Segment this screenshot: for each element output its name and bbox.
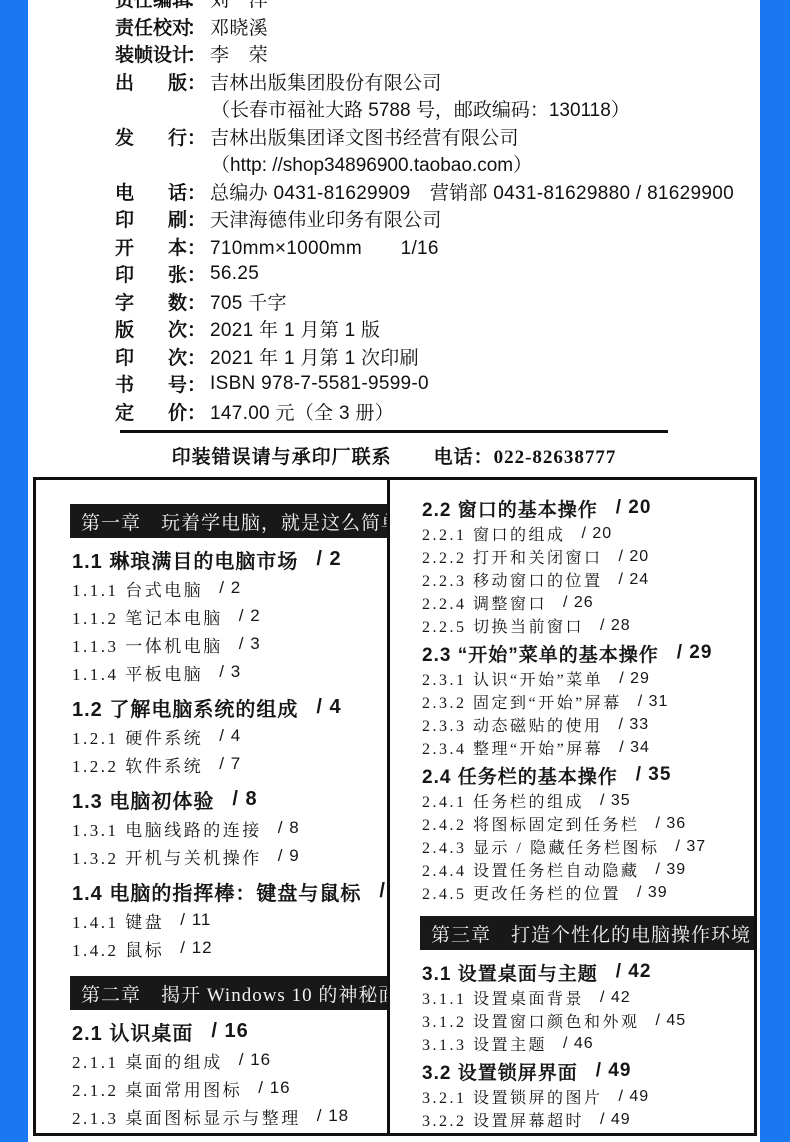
toc-page-number: / 33 — [619, 716, 650, 734]
toc-section-entry: 1.1 琳琅满目的电脑市场/ 2 — [72, 544, 381, 574]
colophon-label: 出版 — [115, 68, 187, 95]
toc-page-number: / 42 — [616, 961, 652, 983]
toc-entry-title: 1.1 琳琅满目的电脑市场 — [72, 545, 298, 574]
colophon-colon: ： — [187, 0, 206, 12]
toc-item-entry: 2.3.3 动态磁贴的使用/ 33 — [422, 713, 748, 736]
printer-contact-note: 印装错误请与承印厂联系电话：022-82638777 — [28, 442, 760, 469]
toc-item-entry: 1.3.1 电脑线路的连接/ 8 — [72, 814, 381, 842]
toc-page-number: / 49 — [600, 1111, 631, 1129]
toc-page-number: / 12 — [180, 938, 212, 958]
colophon-value: 邓晓溪 — [210, 13, 268, 40]
toc-item-entry: 3.1.3 设置主题/ 46 — [422, 1032, 748, 1055]
toc-entry-title: 3.2 设置锁屏界面 — [422, 1058, 578, 1085]
colophon-value: 710mm×1000mm 1/16 — [210, 233, 439, 260]
toc-entry-title: 1.3.1 电脑线路的连接 — [72, 816, 262, 841]
toc-item-entry: 1.2.2 软件系统/ 7 — [72, 750, 381, 778]
colophon-value: 705 千字 — [210, 288, 287, 315]
toc-section-entry: 2.1 认识桌面/ 16 — [72, 1016, 381, 1046]
toc-page-number: / 24 — [619, 571, 650, 589]
toc-entry-title: 1.1.1 台式电脑 — [72, 576, 203, 601]
toc-item-entry: 2.1.3 桌面图标显示与整理/ 18 — [72, 1102, 381, 1130]
toc-page-number: / 16 — [211, 1020, 248, 1043]
colophon-row: 版次：2021 年 1 月第 1 版 — [115, 315, 760, 343]
toc-entry-title: 2.4.2 将图标固定到任务栏 — [422, 812, 640, 835]
chapter-header-bar: 第三章 打造个性化的电脑操作环境 — [420, 916, 754, 950]
toc-page-number: / 39 — [637, 884, 668, 902]
colophon-value: 吉林出版集团股份有限公司 — [210, 68, 442, 95]
colophon-value: 2021 年 1 月第 1 次印刷 — [210, 343, 419, 370]
toc-item-entry: 1.1.3 一体机电脑/ 3 — [72, 630, 381, 658]
toc-item-entry: 1.4.1 键盘/ 11 — [72, 906, 381, 934]
toc-entry-title: 2.3.3 动态磁贴的使用 — [422, 713, 603, 736]
colophon-value: 56.25 — [210, 263, 259, 285]
colophon-label: 版次 — [115, 315, 187, 342]
toc-page-number: / 34 — [619, 739, 650, 757]
toc-entry-title: 2.1.3 桌面图标显示与整理 — [72, 1104, 301, 1129]
toc-page-number: / 4 — [219, 726, 241, 746]
colophon-label: 定价 — [115, 398, 187, 425]
toc-entry-title: 3.2.1 设置锁屏的图片 — [422, 1085, 603, 1108]
toc-page-number: / 4 — [316, 696, 341, 719]
toc-entry-title: 2.3.4 整理“开始”屏幕 — [422, 736, 603, 759]
colophon-label: 印张 — [115, 260, 187, 287]
toc-section-entry: 3.2 设置锁屏界面/ 49 — [422, 1057, 748, 1085]
toc-item-entry: 2.1.1 桌面的组成/ 16 — [72, 1046, 381, 1074]
toc-page-number: / 3 — [239, 634, 261, 654]
colophon-label: 书号 — [115, 370, 187, 397]
toc-item-entry: 2.4.3 显示 / 隐藏任务栏图标/ 37 — [422, 835, 748, 858]
colophon-label: 电话 — [115, 178, 187, 205]
toc-page-number: / 11 — [379, 880, 390, 903]
toc-entry-title: 2.4.4 设置任务栏自动隐藏 — [422, 858, 640, 881]
toc-column-left: 第一章 玩着学电脑，就是这么简单1.1 琳琅满目的电脑市场/ 21.1.1 台式… — [36, 480, 390, 1133]
colophon-label: 字数 — [115, 288, 187, 315]
colophon-label: 发行 — [115, 123, 187, 150]
toc-entry-title: 2.3 “开始”菜单的基本操作 — [422, 640, 659, 667]
toc-item-entry: 2.4.2 将图标固定到任务栏/ 36 — [422, 812, 748, 835]
toc-item-entry: 2.4.4 设置任务栏自动隐藏/ 39 — [422, 858, 748, 881]
printer-note-phone: 电话：022-82638777 — [434, 447, 617, 468]
toc-section-entry: 2.4 任务栏的基本操作/ 35 — [422, 761, 748, 789]
colophon-row: 装帧设计：李 荣 — [115, 40, 760, 68]
toc-entry-title: 2.2.3 移动窗口的位置 — [422, 568, 603, 591]
toc-item-entry: 2.3.2 固定到“开始”屏幕/ 31 — [422, 690, 748, 713]
toc-column-right: 2.2 窗口的基本操作/ 202.2.1 窗口的组成/ 202.2.2 打开和关… — [390, 480, 754, 1133]
toc-item-entry: 1.3.2 开机与关机操作/ 9 — [72, 842, 381, 870]
toc-page-number: / 42 — [600, 989, 631, 1007]
printer-note-text: 印装错误请与承印厂联系 — [172, 447, 392, 468]
book-page-panel: 责任编辑：刘 洋责任校对：邓晓溪装帧设计：李 荣出版：吉林出版集团股份有限公司（… — [28, 0, 760, 1142]
toc-entry-title: 3.1 设置桌面与主题 — [422, 959, 598, 986]
colophon-colon: ： — [187, 315, 206, 342]
colophon-note: （http: //shop34896900.taobao.com） — [115, 150, 760, 178]
colophon-colon: ： — [187, 13, 206, 40]
colophon-row: 出版：吉林出版集团股份有限公司 — [115, 68, 760, 96]
toc-page-number: / 8 — [232, 788, 257, 811]
colophon-value: 吉林出版集团译文图书经营有限公司 — [210, 123, 519, 150]
toc-page-number: / 39 — [656, 861, 687, 879]
toc-entry-title: 1.2.1 硬件系统 — [72, 724, 203, 749]
table-of-contents-box: 第一章 玩着学电脑，就是这么简单1.1 琳琅满目的电脑市场/ 21.1.1 台式… — [33, 477, 757, 1136]
colophon-colon: ： — [187, 370, 206, 397]
toc-item-entry: 3.2.1 设置锁屏的图片/ 49 — [422, 1085, 748, 1108]
toc-entry-title: 2.1.1 桌面的组成 — [72, 1048, 223, 1073]
colophon-block: 责任编辑：刘 洋责任校对：邓晓溪装帧设计：李 荣出版：吉林出版集团股份有限公司（… — [28, 0, 760, 425]
toc-page-number: / 31 — [638, 693, 669, 711]
toc-entry-title: 1.4 电脑的指挥棒：键盘与鼠标 — [72, 877, 361, 906]
toc-entry-title: 1.4.1 键盘 — [72, 908, 164, 933]
toc-entry-title: 2.4.5 更改任务栏的位置 — [422, 881, 621, 904]
colophon-value: ISBN 978-7-5581-9599-0 — [210, 373, 429, 395]
toc-page-number: / 35 — [600, 792, 631, 810]
toc-page-number: / 8 — [278, 818, 300, 838]
colophon-value: 总编办 0431-81629909 营销部 0431-81629880 / 81… — [210, 178, 734, 205]
toc-entry-title: 1.1.3 一体机电脑 — [72, 632, 223, 657]
toc-page-number: / 20 — [619, 548, 650, 566]
toc-item-entry: 2.2.3 移动窗口的位置/ 24 — [422, 568, 748, 591]
chapter-header-bar: 第二章 揭开 Windows 10 的神秘面纱 — [70, 976, 390, 1010]
toc-item-entry: 3.1.2 设置窗口颜色和外观/ 45 — [422, 1009, 748, 1032]
colophon-value: 2021 年 1 月第 1 版 — [210, 315, 380, 342]
toc-item-entry: 1.1.1 台式电脑/ 2 — [72, 574, 381, 602]
toc-page-number: / 16 — [239, 1050, 271, 1070]
toc-page-number: / 37 — [675, 838, 706, 856]
toc-page-number: / 49 — [596, 1060, 632, 1082]
toc-entry-title: 3.1.2 设置窗口颜色和外观 — [422, 1009, 640, 1032]
toc-entry-title: 2.3.2 固定到“开始”屏幕 — [422, 690, 622, 713]
toc-entry-title: 1.4.2 鼠标 — [72, 936, 164, 961]
toc-item-entry: 2.2.4 调整窗口/ 26 — [422, 591, 748, 614]
toc-page-number: / 45 — [656, 1012, 687, 1030]
divider-line — [120, 430, 668, 433]
colophon-row: 印刷：天津海德伟业印务有限公司 — [115, 205, 760, 233]
colophon-colon: ： — [187, 40, 206, 67]
colophon-label: 印刷 — [115, 205, 187, 232]
colophon-row: 印张：56.25 — [115, 260, 760, 288]
toc-item-entry: 1.1.2 笔记本电脑/ 2 — [72, 602, 381, 630]
toc-entry-title: 3.1.3 设置主题 — [422, 1032, 547, 1055]
toc-item-entry: 3.1.1 设置桌面背景/ 42 — [422, 986, 748, 1009]
colophon-value: 天津海德伟业印务有限公司 — [210, 205, 442, 232]
toc-entry-title: 2.1.2 桌面常用图标 — [72, 1076, 242, 1101]
toc-page-number: / 29 — [619, 670, 650, 688]
toc-page-number: / 20 — [582, 525, 613, 543]
colophon-row: 电话：总编办 0431-81629909 营销部 0431-81629880 /… — [115, 178, 760, 206]
colophon-colon: ： — [187, 205, 206, 232]
toc-entry-title: 1.2 了解电脑系统的组成 — [72, 693, 298, 722]
colophon-row: 责任编辑：刘 洋 — [115, 0, 760, 13]
toc-entry-title: 2.4.3 显示 / 隐藏任务栏图标 — [422, 835, 659, 858]
toc-page-number: / 9 — [278, 846, 300, 866]
toc-item-entry: 2.2.1 窗口的组成/ 20 — [422, 522, 748, 545]
toc-page-number: / 3 — [219, 662, 241, 682]
toc-entry-title: 1.1.4 平板电脑 — [72, 660, 203, 685]
colophon-row: 书号：ISBN 978-7-5581-9599-0 — [115, 370, 760, 398]
toc-page-number: / 2 — [219, 578, 241, 598]
toc-entry-title: 2.2.4 调整窗口 — [422, 591, 547, 614]
toc-page-number: / 46 — [563, 1035, 594, 1053]
toc-entry-title: 2.2.1 窗口的组成 — [422, 522, 566, 545]
colophon-row: 定价：147.00 元（全 3 册） — [115, 398, 760, 426]
colophon-row: 字数：705 千字 — [115, 288, 760, 316]
toc-page-number: / 26 — [563, 594, 594, 612]
toc-section-entry: 2.2 窗口的基本操作/ 20 — [422, 494, 748, 522]
toc-section-entry: 1.2 了解电脑系统的组成/ 4 — [72, 692, 381, 722]
toc-item-entry: 2.3.1 认识“开始”菜单/ 29 — [422, 667, 748, 690]
toc-entry-title: 1.3.2 开机与关机操作 — [72, 844, 262, 869]
colophon-colon: ： — [187, 68, 206, 95]
toc-item-entry: 1.1.4 平板电脑/ 3 — [72, 658, 381, 686]
toc-entry-title: 1.2.2 软件系统 — [72, 752, 203, 777]
toc-entry-title: 2.1 认识桌面 — [72, 1017, 193, 1046]
toc-entry-title: 2.3.1 认识“开始”菜单 — [422, 667, 603, 690]
toc-page-number: / 16 — [258, 1078, 290, 1098]
colophon-colon: ： — [187, 233, 206, 260]
toc-page-number: / 49 — [619, 1088, 650, 1106]
toc-page-number: / 29 — [677, 642, 713, 664]
colophon-label: 责任编辑 — [115, 0, 187, 12]
toc-entry-title: 1.3 电脑初体验 — [72, 785, 214, 814]
toc-section-entry: 1.3 电脑初体验/ 8 — [72, 784, 381, 814]
colophon-value: 李 荣 — [210, 40, 268, 67]
colophon-value: 刘 洋 — [210, 0, 268, 12]
toc-entry-title: 2.2.2 打开和关闭窗口 — [422, 545, 603, 568]
colophon-colon: ： — [187, 260, 206, 287]
toc-item-entry: 2.2.2 打开和关闭窗口/ 20 — [422, 545, 748, 568]
toc-section-entry: 2.3 “开始”菜单的基本操作/ 29 — [422, 639, 748, 667]
toc-item-entry: 2.3.4 整理“开始”屏幕/ 34 — [422, 736, 748, 759]
toc-page-number: / 18 — [317, 1106, 349, 1126]
colophon-colon: ： — [187, 343, 206, 370]
toc-item-entry: 2.2.5 切换当前窗口/ 28 — [422, 614, 748, 637]
colophon-value: 147.00 元（全 3 册） — [210, 398, 394, 425]
colophon-label: 装帧设计 — [115, 40, 187, 67]
colophon-row: 开本：710mm×1000mm 1/16 — [115, 233, 760, 261]
toc-item-entry: 2.4.5 更改任务栏的位置/ 39 — [422, 881, 748, 904]
toc-section-entry: 3.1 设置桌面与主题/ 42 — [422, 958, 748, 986]
toc-item-entry: 3.2.2 设置屏幕超时/ 49 — [422, 1108, 748, 1131]
toc-page-number: / 2 — [316, 548, 341, 571]
toc-entry-title: 2.4 任务栏的基本操作 — [422, 762, 618, 789]
chapter-header-bar: 第一章 玩着学电脑，就是这么简单 — [70, 504, 390, 538]
colophon-colon: ： — [187, 288, 206, 315]
colophon-colon: ： — [187, 178, 206, 205]
colophon-label: 印次 — [115, 343, 187, 370]
toc-page-number: / 11 — [180, 910, 211, 930]
toc-page-number: / 35 — [636, 764, 672, 786]
toc-entry-title: 2.2.5 切换当前窗口 — [422, 614, 584, 637]
toc-page-number: / 20 — [616, 497, 652, 519]
toc-item-entry: 1.2.1 硬件系统/ 4 — [72, 722, 381, 750]
toc-page-number: / 36 — [656, 815, 687, 833]
toc-entry-title: 1.1.2 笔记本电脑 — [72, 604, 223, 629]
colophon-row: 责任校对：邓晓溪 — [115, 13, 760, 41]
colophon-row: 印次：2021 年 1 月第 1 次印刷 — [115, 343, 760, 371]
toc-entry-title: 3.2.2 设置屏幕超时 — [422, 1108, 584, 1131]
colophon-colon: ： — [187, 123, 206, 150]
toc-entry-title: 2.4.1 任务栏的组成 — [422, 789, 584, 812]
toc-item-entry: 2.1.2 桌面常用图标/ 16 — [72, 1074, 381, 1102]
toc-page-number: / 7 — [219, 754, 241, 774]
toc-entry-title: 3.1.1 设置桌面背景 — [422, 986, 584, 1009]
colophon-row: 发行：吉林出版集团译文图书经营有限公司 — [115, 123, 760, 151]
toc-entry-title: 2.2 窗口的基本操作 — [422, 495, 598, 522]
toc-item-entry: 1.4.2 鼠标/ 12 — [72, 934, 381, 962]
toc-page-number: / 28 — [600, 617, 631, 635]
toc-item-entry: 2.4.1 任务栏的组成/ 35 — [422, 789, 748, 812]
colophon-colon: ： — [187, 398, 206, 425]
toc-page-number: / 2 — [239, 606, 261, 626]
toc-section-entry: 1.4 电脑的指挥棒：键盘与鼠标/ 11 — [72, 876, 381, 906]
colophon-note: （长春市福祉大路 5788 号，邮政编码：130118） — [115, 95, 760, 123]
colophon-label: 责任校对 — [115, 13, 187, 40]
colophon-label: 开本 — [115, 233, 187, 260]
